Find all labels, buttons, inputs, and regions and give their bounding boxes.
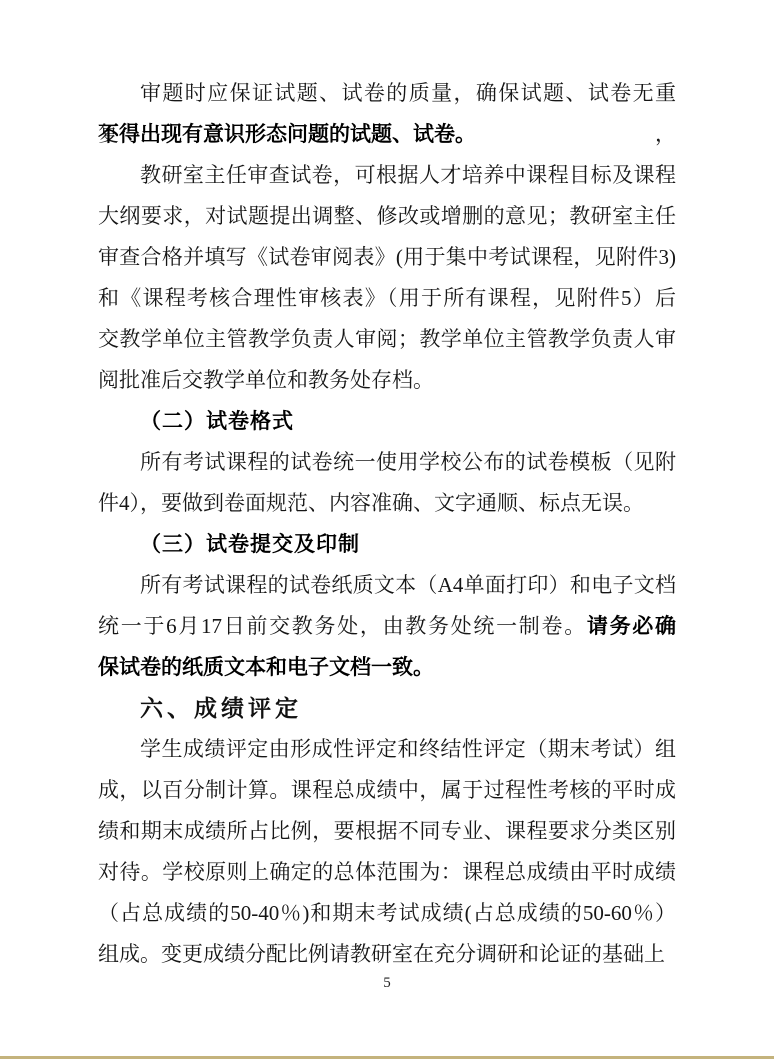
- text-line: 交教学单位主管教学负责人审阅；教学单位主管教学负责人审: [98, 319, 676, 360]
- text-line: 和《课程考核合理性审核表》（用于所有课程，见附件5）后: [98, 278, 676, 319]
- text-run: 统一于6月17日前交教务处，由教务处统一制卷。: [98, 614, 587, 638]
- bold-text-run: （二）试卷格式: [140, 409, 294, 433]
- text-line: 对待。学校原则上确定的总体范围为：课程总成绩由平时成绩: [98, 852, 676, 893]
- text-line: 审题时应保证试题、试卷的质量，确保试题、试卷无重复，: [98, 73, 676, 114]
- text-run: 绩和期末成绩所占比例，要根据不同专业、课程要求分类区别: [98, 819, 676, 843]
- text-line: 保试卷的纸质文本和电子文档一致。: [98, 647, 676, 688]
- text-line: 大纲要求，对试题提出调整、修改或增删的意见；教研室主任: [98, 196, 676, 237]
- text-line: 所有考试课程的试卷统一使用学校公布的试卷模板（见附: [98, 442, 676, 483]
- section-heading: 六、成绩评定: [98, 688, 676, 729]
- text-run: 审查合格并填写《试卷审阅表》(用于集中考试课程，见附件3): [98, 245, 676, 269]
- text-run: 交教学单位主管教学负责人审阅；教学单位主管教学负责人审: [98, 327, 676, 351]
- text-run: 学生成绩评定由形成性评定和终结性评定（期末考试）组: [140, 737, 676, 761]
- text-run: 六、成绩评定: [140, 695, 302, 721]
- text-line: 统一于6月17日前交教务处，由教务处统一制卷。请务必确: [98, 606, 676, 647]
- text-line: 审查合格并填写《试卷审阅表》(用于集中考试课程，见附件3): [98, 237, 676, 278]
- text-run: （占总成绩的50-40％)和期末考试成绩(占总成绩的50-60％）: [98, 901, 676, 925]
- text-line: 绩和期末成绩所占比例，要根据不同专业、课程要求分类区别: [98, 811, 676, 852]
- text-line: 所有考试课程的试卷纸质文本（A4单面打印）和电子文档: [98, 565, 676, 606]
- text-line: 阅批准后交教学单位和教务处存档。: [98, 360, 676, 401]
- text-run: 件4），要做到卷面规范、内容准确、文字通顺、标点无误。: [98, 491, 644, 515]
- text-line: 件4），要做到卷面规范、内容准确、文字通顺、标点无误。: [98, 483, 676, 524]
- text-run: 成，以百分制计算。课程总成绩中，属于过程性考核的平时成: [98, 778, 676, 802]
- bold-text-run: （三）试卷提交及印制: [140, 532, 360, 556]
- section-heading: （二）试卷格式: [98, 401, 676, 442]
- text-run: 教研室主任审查试卷，可根据人才培养中课程目标及课程: [140, 163, 676, 187]
- text-run: 对待。学校原则上确定的总体范围为：课程总成绩由平时成绩: [98, 860, 676, 884]
- text-run: 大纲要求，对试题提出调整、修改或增删的意见；教研室主任: [98, 204, 676, 228]
- text-line: 教研室主任审查试卷，可根据人才培养中课程目标及课程: [98, 155, 676, 196]
- text-line: 成，以百分制计算。课程总成绩中，属于过程性考核的平时成: [98, 770, 676, 811]
- text-run: 阅批准后交教学单位和教务处存档。: [98, 368, 434, 392]
- bold-text-run: 请务必确: [587, 614, 676, 638]
- text-run: 组成。变更成绩分配比例请教研室在充分调研和论证的基础上: [98, 942, 665, 966]
- text-line: （占总成绩的50-40％)和期末考试成绩(占总成绩的50-60％）: [98, 893, 676, 934]
- text-run: 所有考试课程的试卷统一使用学校公布的试卷模板（见附: [140, 450, 676, 474]
- page-number: 5: [0, 975, 774, 992]
- text-column: 审题时应保证试题、试卷的质量，确保试题、试卷无重复，不得出现有意识形态问题的试题…: [98, 73, 676, 975]
- text-line: 组成。变更成绩分配比例请教研室在充分调研和论证的基础上: [98, 934, 676, 975]
- bold-text-run: 保试卷的纸质文本和电子文档一致。: [98, 655, 434, 679]
- text-run: 和《课程考核合理性审核表》（用于所有课程，见附件5）后: [98, 286, 676, 310]
- page-bottom-edge-line: [0, 1056, 774, 1059]
- text-line: 学生成绩评定由形成性评定和终结性评定（期末考试）组: [98, 729, 676, 770]
- text-run: 所有考试课程的试卷纸质文本（A4单面打印）和电子文档: [140, 573, 676, 597]
- section-heading: （三）试卷提交及印制: [98, 524, 676, 565]
- bold-text-run: 不得出现有意识形态问题的试题、试卷。: [98, 122, 476, 146]
- document-page: 审题时应保证试题、试卷的质量，确保试题、试卷无重复，不得出现有意识形态问题的试题…: [0, 0, 774, 1062]
